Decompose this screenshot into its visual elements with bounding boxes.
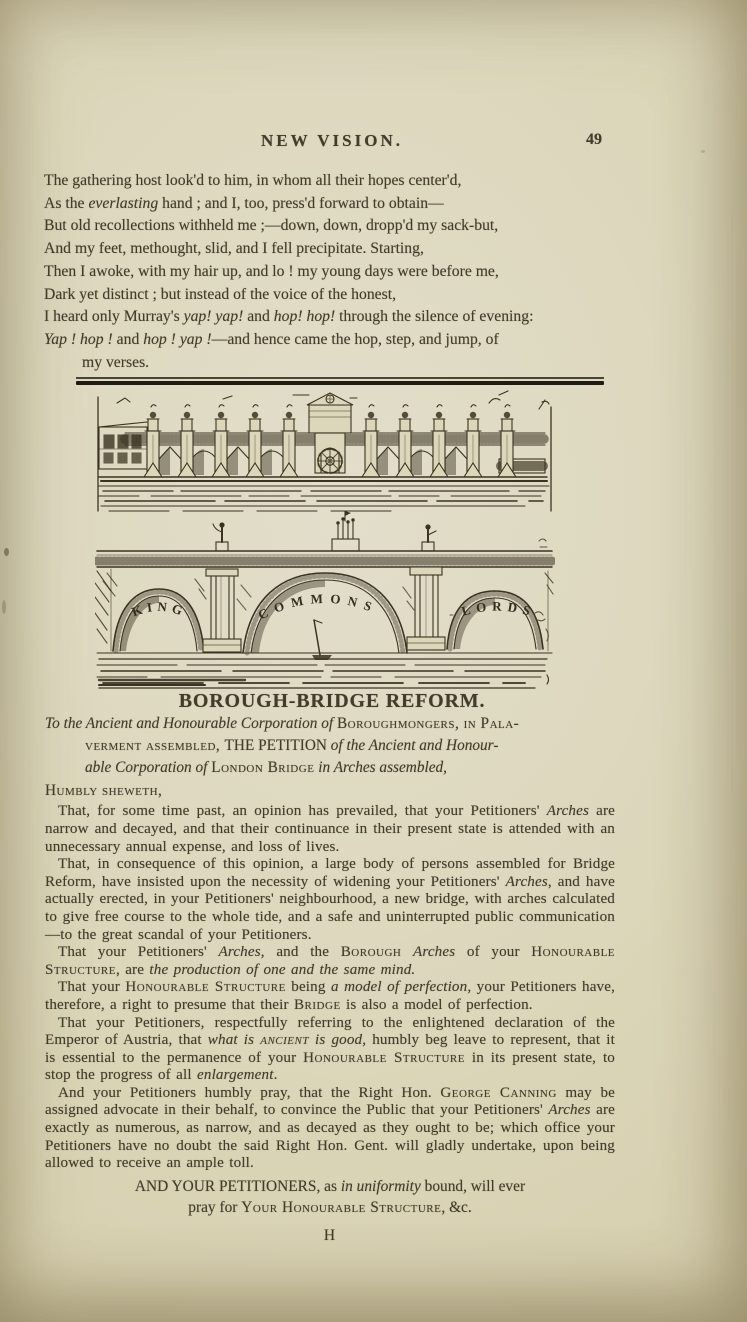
poem-line: But old recollections withheld me ;—down…	[44, 215, 644, 238]
petition-body: To the Ancient and Honourable Corporatio…	[45, 713, 615, 1247]
address-line: To the Ancient and Honourable Corporatio…	[45, 713, 615, 735]
petition-paragraphs: That, for some time past, an opinion has…	[45, 803, 615, 1172]
section-rule	[76, 377, 604, 385]
signature-mark: H	[45, 1225, 615, 1247]
poem: The gathering host look'd to him, in who…	[44, 170, 644, 374]
poem-line: my verses.	[44, 352, 644, 375]
closing-line: pray for Your Honourable Structure, &c.	[45, 1197, 615, 1218]
paper-speck	[4, 548, 9, 556]
address-line: verment assembled, THE PETITION of the A…	[45, 735, 615, 757]
address-line: able Corporation of London Bridge in Arc…	[45, 757, 615, 779]
paper-speck	[2, 600, 6, 614]
petition-paragraph: That your Petitioners, respectfully refe…	[45, 1015, 615, 1085]
petition-heading: BOROUGH-BRIDGE REFORM.	[42, 690, 622, 713]
petition-paragraph: That your Honourable Structure being a m…	[45, 979, 615, 1014]
upper-bridge-drawing	[98, 391, 551, 547]
rule-thick-line	[76, 381, 604, 385]
rule-thin-line	[76, 377, 604, 379]
poem-line: And my feet, methought, slid, and I fell…	[44, 238, 644, 261]
closing-line: AND YOUR PETITIONERS, as in uniformity b…	[45, 1176, 615, 1197]
petition-paragraph: That your Petitioners' Arches, and the B…	[45, 944, 615, 979]
poem-line: Dark yet distinct ; but instead of the v…	[44, 284, 644, 307]
poem-line: The gathering host look'd to him, in who…	[44, 170, 644, 193]
petition-closing: AND YOUR PETITIONERS, as in uniformity b…	[45, 1176, 615, 1218]
poem-line: Then I awoke, with my hair up, and lo ! …	[44, 261, 644, 284]
petition-paragraph: And your Petitioners humbly pray, that t…	[45, 1085, 615, 1173]
petition-paragraph: That, for some time past, an opinion has…	[45, 803, 615, 856]
page-number: 49	[540, 131, 602, 149]
book-page: NEW VISION. 49 The gathering host look'd…	[0, 0, 747, 1322]
petition-salutation: Humbly sheweth,	[45, 780, 615, 801]
poem-line: Yap ! hop ! and hop ! yap !—and hence ca…	[44, 329, 644, 352]
page-title: NEW VISION.	[42, 131, 622, 151]
paper-speck	[701, 150, 705, 153]
poem-line: I heard only Murray's yap! yap! and hop!…	[44, 306, 644, 329]
poem-line: As the everlasting hand ; and I, too, pr…	[44, 193, 644, 216]
bridge-illustration: KING COMMONS LORDS	[95, 389, 555, 691]
petition-paragraph: That, in consequence of this opinion, a …	[45, 856, 615, 944]
petition-address: To the Ancient and Honourable Corporatio…	[45, 713, 615, 778]
